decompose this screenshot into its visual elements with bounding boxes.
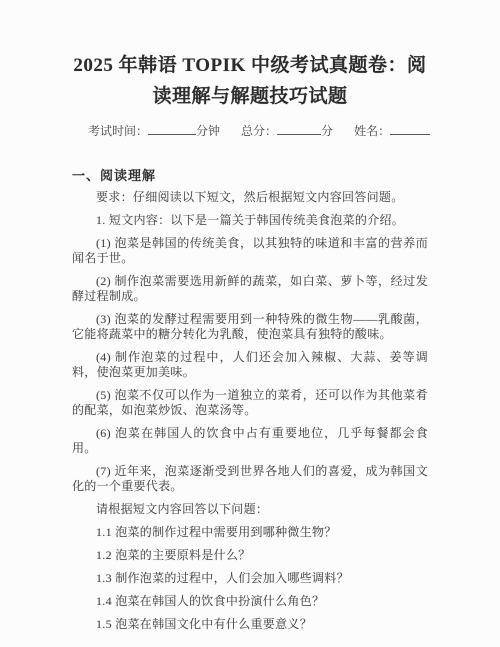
questions-intro-line: 请根据短文内容回答以下问题： bbox=[72, 502, 428, 517]
exam-meta-line: 考试时间：分钟 总分：分 姓名： bbox=[72, 123, 428, 139]
exam-title: 2025 年韩语 TOPIK 中级考试真题卷：阅读理解与解题技巧试题 bbox=[72, 50, 428, 112]
exam-time-unit: 分钟 bbox=[196, 124, 220, 138]
passage-paragraph: (4) 制作泡菜的过程中，人们还会加入辣椒、大蒜、姜等调料，使泡菜更加美味。 bbox=[72, 350, 428, 380]
passage-paragraph: (1) 泡菜是韩国的传统美食，以其独特的味道和丰富的营养而闻名于世。 bbox=[72, 236, 428, 266]
exam-time-group: 考试时间：分钟 bbox=[88, 124, 220, 138]
passage-intro-line: 1. 短文内容：以下是一篇关于韩国传统美食泡菜的介绍。 bbox=[72, 213, 428, 228]
section-heading-reading-comprehension: 一、阅读理解 bbox=[72, 167, 428, 184]
passage-paragraph: (6) 泡菜在韩国人的饮食中占有重要地位，几乎每餐都会食用。 bbox=[72, 426, 428, 456]
question-item: 1.4 泡菜在韩国人的饮食中扮演什么角色？ bbox=[72, 594, 428, 609]
exam-score-blank bbox=[277, 123, 321, 135]
exam-score-unit: 分 bbox=[321, 124, 333, 138]
question-item: 1.5 泡菜在韩国文化中有什么重要意义？ bbox=[72, 617, 428, 632]
passage-paragraph: (5) 泡菜不仅可以作为一道独立的菜肴，还可以作为其他菜肴的配菜，如泡菜炒饭、泡… bbox=[72, 388, 428, 418]
question-item: 1.2 泡菜的主要原料是什么？ bbox=[72, 548, 428, 563]
passage-paragraph: (2) 制作泡菜需要选用新鲜的蔬菜，如白菜、萝卜等，经过发酵过程制成。 bbox=[72, 274, 428, 304]
passage-paragraph: (3) 泡菜的发酵过程需要用到一种特殊的微生物——乳酸菌，它能将蔬菜中的糖分转化… bbox=[72, 312, 428, 342]
exam-name-group: 姓名： bbox=[354, 124, 430, 138]
question-item: 1.3 制作泡菜的过程中，人们会加入哪些调料？ bbox=[72, 571, 428, 586]
passage-paragraph: (7) 近年来，泡菜逐渐受到世界各地人们的喜爱，成为韩国文化的一个重要代表。 bbox=[72, 464, 428, 494]
exam-paper-page: 2025 年韩语 TOPIK 中级考试真题卷：阅读理解与解题技巧试题 考试时间：… bbox=[0, 0, 500, 647]
exam-time-label: 考试时间： bbox=[88, 124, 148, 138]
exam-score-label: 总分： bbox=[241, 124, 277, 138]
requirement-line: 要求：仔细阅读以下短文，然后根据短文内容回答问题。 bbox=[72, 190, 428, 205]
question-item: 1.1 泡菜的制作过程中需要用到哪种微生物？ bbox=[72, 525, 428, 540]
exam-name-label: 姓名： bbox=[354, 124, 390, 138]
exam-score-group: 总分：分 bbox=[241, 124, 333, 138]
exam-name-blank bbox=[390, 123, 430, 135]
section-body: 要求：仔细阅读以下短文，然后根据短文内容回答问题。 1. 短文内容：以下是一篇关… bbox=[72, 190, 428, 632]
exam-time-blank bbox=[148, 123, 196, 135]
